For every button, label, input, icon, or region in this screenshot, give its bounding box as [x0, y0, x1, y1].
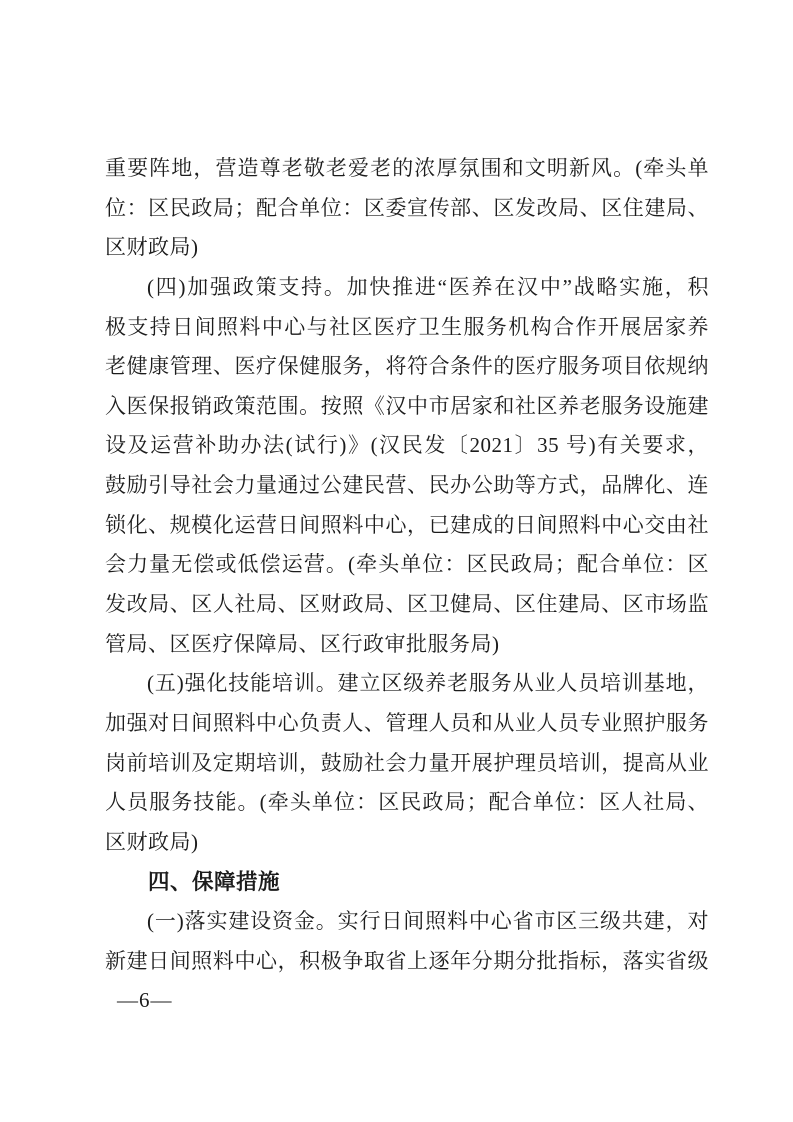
text-line: (五)强化技能培训。建立区级养老服务从业人员培训基地， [105, 664, 709, 704]
text-line: 发改局、区人社局、区财政局、区卫健局、区住建局、区市场监 [105, 585, 709, 625]
text-line: (一)落实建设资金。实行日间照料中心省市区三级共建，对 [105, 902, 709, 942]
section-heading: 四、保障措施 [105, 863, 709, 903]
text-line: 鼓励引导社会力量通过公建民营、民办公助等方式，品牌化、连 [105, 466, 709, 506]
text-line: 加强对日间照料中心负责人、管理人员和从业人员专业照护服务 [105, 704, 709, 744]
paragraph: (一)落实建设资金。实行日间照料中心省市区三级共建，对新建日间照料中心，积极争取… [105, 902, 709, 981]
text-line: 岗前培训及定期培训，鼓励社会力量开展护理员培训，提高从业 [105, 744, 709, 784]
paragraph: (五)强化技能培训。建立区级养老服务从业人员培训基地，加强对日间照料中心负责人、… [105, 664, 709, 862]
text-line: 会力量无偿或低偿运营。(牵头单位：区民政局；配合单位：区 [105, 545, 709, 585]
text-line: 老健康管理、医疗保健服务，将符合条件的医疗服务项目依规纳 [105, 347, 709, 387]
document-page: 重要阵地，营造尊老敬老爱老的浓厚氛围和文明新风。(牵头单位：区民政局；配合单位：… [0, 0, 793, 1122]
text-line: 四、保障措施 [105, 863, 709, 903]
paragraph: (四)加强政策支持。加快推进“医养在汉中”战略实施，积极支持日间照料中心与社区医… [105, 268, 709, 664]
document-body: 重要阵地，营造尊老敬老爱老的浓厚氛围和文明新风。(牵头单位：区民政局；配合单位：… [105, 149, 709, 981]
text-line: 管局、区医疗保障局、区行政审批服务局) [105, 625, 709, 665]
text-line: 锁化、规模化运营日间照料中心，已建成的日间照料中心交由社 [105, 506, 709, 546]
text-line: 新建日间照料中心，积极争取省上逐年分期分批指标，落实省级 [105, 942, 709, 982]
page-number: —6— [117, 988, 173, 1012]
text-line: 设及运营补助办法(试行)》(汉民发〔2021〕35 号)有关要求， [105, 426, 709, 466]
text-line: 重要阵地，营造尊老敬老爱老的浓厚氛围和文明新风。(牵头单 [105, 149, 709, 189]
text-line: (四)加强政策支持。加快推进“医养在汉中”战略实施，积 [105, 268, 709, 308]
paragraph: 重要阵地，营造尊老敬老爱老的浓厚氛围和文明新风。(牵头单位：区民政局；配合单位：… [105, 149, 709, 268]
text-line: 极支持日间照料中心与社区医疗卫生服务机构合作开展居家养 [105, 308, 709, 348]
text-line: 人员服务技能。(牵头单位：区民政局；配合单位：区人社局、 [105, 783, 709, 823]
text-line: 区财政局) [105, 823, 709, 863]
text-line: 位：区民政局；配合单位：区委宣传部、区发改局、区住建局、 [105, 189, 709, 229]
text-line: 入医保报销政策范围。按照《汉中市居家和社区养老服务设施建 [105, 387, 709, 427]
text-line: 区财政局) [105, 228, 709, 268]
